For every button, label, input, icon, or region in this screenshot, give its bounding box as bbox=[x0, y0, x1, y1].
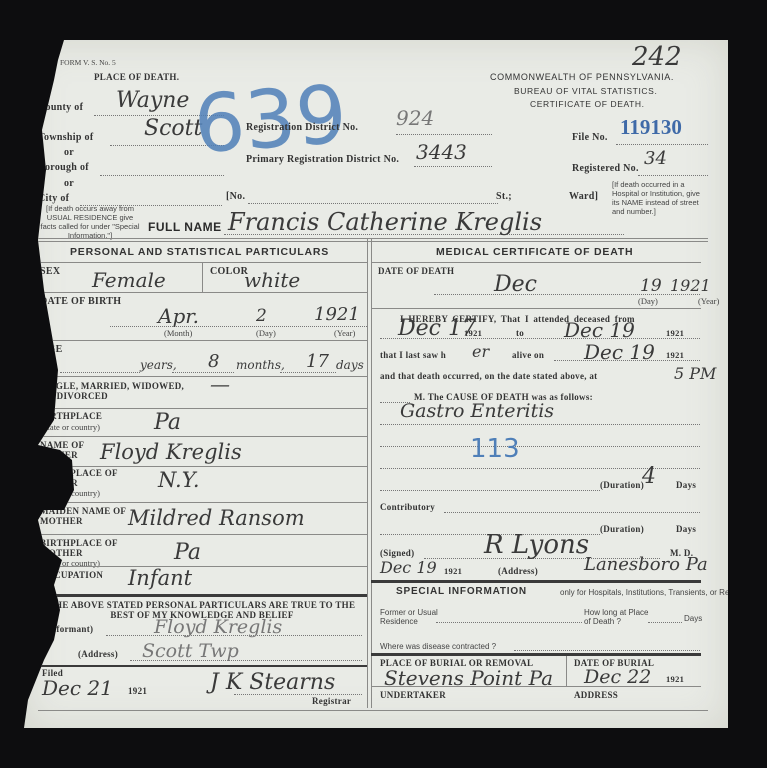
full-name-label: FULL NAME bbox=[148, 220, 222, 234]
burial-date-value: Dec 22 bbox=[584, 666, 651, 688]
burial-year: 1921 bbox=[666, 674, 684, 684]
where-contracted-label: Where was disease contracted ? bbox=[380, 642, 496, 651]
year-caption: (Year) bbox=[698, 296, 719, 306]
mother-birthplace-label: BIRTHPLACE OF MOTHER bbox=[40, 538, 130, 558]
occupation-label: OCCUPATION bbox=[40, 570, 103, 580]
contributory-label: Contributory bbox=[380, 502, 435, 512]
cause-code: 113 bbox=[470, 434, 520, 464]
primary-registration-value: 3443 bbox=[416, 140, 467, 164]
dod-year: 1921 bbox=[670, 276, 711, 295]
bureau-heading: BUREAU OF VITAL STATISTICS. bbox=[514, 86, 657, 96]
last-saw-date: Dec 19 bbox=[584, 340, 655, 364]
state-country-caption: (State or country) bbox=[40, 488, 100, 498]
form-number: FORM V. S. No. 5 bbox=[60, 58, 116, 67]
attended-to-year: 1921 bbox=[666, 328, 684, 338]
year-caption: (Year) bbox=[334, 328, 355, 338]
date-of-birth-label: DATE OF BIRTH bbox=[40, 296, 121, 307]
certificate-heading: CERTIFICATE OF DEATH. bbox=[530, 99, 645, 109]
attended-from-year: 1921 bbox=[464, 328, 482, 338]
father-name-value: Floyd Kreglis bbox=[100, 440, 242, 464]
former-residence-label: Former or Usual Residence bbox=[380, 608, 450, 626]
dob-day: 2 bbox=[256, 306, 267, 326]
filed-date: Dec 21 bbox=[42, 676, 113, 700]
registration-district-label: Registration District No. bbox=[246, 122, 358, 133]
file-number-stamp: 119130 bbox=[620, 115, 682, 140]
to-word: to bbox=[516, 328, 524, 338]
marital-status-value: — bbox=[210, 372, 230, 396]
color-label: COLOR bbox=[210, 266, 248, 277]
medical-section-title: MEDICAL CERTIFICATE OF DEATH bbox=[436, 246, 633, 258]
special-days-label: Days bbox=[684, 614, 702, 623]
signed-label: (Signed) bbox=[380, 548, 414, 558]
father-birthplace-label: BIRTHPLACE OF FATHER bbox=[40, 468, 130, 488]
registered-no-label: Registered No. bbox=[572, 163, 639, 174]
street-label: St.; bbox=[496, 191, 512, 202]
full-name-value: Francis Catherine Kreglis bbox=[228, 208, 542, 236]
duration-label-2: (Duration) bbox=[600, 524, 644, 534]
filed-year: 1921 bbox=[128, 686, 147, 696]
years-word: years, bbox=[140, 358, 177, 372]
informant-address-label: (Address) bbox=[78, 649, 118, 659]
sex-value: Female bbox=[92, 268, 166, 292]
cause-of-death-value: Gastro Enteritis bbox=[400, 400, 554, 422]
age-days: 17 bbox=[306, 351, 329, 372]
corner-number: 242 bbox=[632, 42, 682, 72]
days-label: Days bbox=[676, 480, 696, 490]
death-occurred-text: and that death occurred, on the date sta… bbox=[380, 371, 597, 381]
informant-label: (Informant) bbox=[44, 624, 93, 634]
how-long-label: How long at Place of Death ? bbox=[584, 608, 654, 626]
or-label: or bbox=[64, 147, 74, 158]
county-value: Wayne bbox=[116, 88, 189, 113]
signed-date: Dec 19 bbox=[380, 558, 437, 577]
registrar-label: Registrar bbox=[312, 696, 351, 706]
physician-address-value: Lanesboro Pa bbox=[584, 554, 708, 575]
stamp-number: 639 bbox=[191, 75, 349, 165]
father-birthplace-value: N.Y. bbox=[158, 468, 200, 492]
days-word: days bbox=[336, 358, 364, 372]
hospital-note: [If death occurred in a Hospital or Inst… bbox=[612, 180, 708, 216]
township-label: Township of bbox=[38, 132, 93, 143]
or-label: or bbox=[64, 178, 74, 189]
physician-signature: R Lyons bbox=[484, 530, 589, 560]
undertaker-address-label: ADDRESS bbox=[574, 690, 618, 700]
attended-to: Dec 19 bbox=[564, 318, 635, 342]
month-caption: (Month) bbox=[164, 328, 192, 338]
place-of-death-title: PLACE OF DEATH. bbox=[94, 72, 179, 82]
last-saw-year: 1921 bbox=[666, 350, 684, 360]
age-label: AGE bbox=[40, 344, 63, 355]
ward-label: Ward] bbox=[569, 191, 598, 202]
special-info-subtitle: only for Hospitals, Institutions, Transi… bbox=[560, 588, 767, 597]
months-word: months, bbox=[236, 358, 285, 372]
birthplace-value: Pa bbox=[154, 410, 181, 435]
mother-maiden-name-value: Mildred Ransom bbox=[128, 506, 305, 530]
physician-address-label: (Address) bbox=[498, 566, 538, 576]
duration-label: (Duration) bbox=[600, 480, 644, 490]
day-caption: (Day) bbox=[256, 328, 276, 338]
date-of-death-label: DATE OF DEATH bbox=[378, 266, 454, 276]
death-time: 5 PM bbox=[674, 364, 716, 383]
death-certificate: FORM V. S. No. 5 PLACE OF DEATH. COMMONW… bbox=[24, 40, 728, 728]
sex-label: SEX bbox=[40, 266, 60, 277]
birthplace-label: BIRTHPLACE bbox=[40, 411, 102, 421]
residence-note: [If death occurs away from USUAL RESIDEN… bbox=[40, 204, 140, 240]
day-caption: (Day) bbox=[638, 296, 658, 306]
file-no-label: File No. bbox=[572, 132, 608, 143]
alive-on-text: alive on bbox=[512, 350, 544, 360]
registered-no-value: 34 bbox=[644, 148, 667, 169]
signed-year: 1921 bbox=[444, 566, 462, 576]
dob-month: Apr. bbox=[158, 304, 199, 328]
borough-label: Borough of bbox=[38, 162, 89, 173]
primary-registration-label: Primary Registration District No. bbox=[246, 154, 399, 165]
occupation-value: Infant bbox=[128, 566, 192, 590]
dod-day: 19 bbox=[640, 276, 662, 296]
last-saw-text: that I last saw h bbox=[380, 350, 446, 360]
dod-month: Dec bbox=[494, 272, 537, 297]
street-no-label: [No. bbox=[226, 191, 245, 202]
dob-year: 1921 bbox=[314, 304, 360, 325]
color-value: white bbox=[244, 268, 300, 292]
registrar-signature: J K Stearns bbox=[210, 670, 335, 695]
last-saw-pronoun: er bbox=[472, 342, 489, 361]
mother-maiden-name-label: MAIDEN NAME OF MOTHER bbox=[40, 506, 130, 526]
age-months: 8 bbox=[208, 351, 219, 372]
marital-status-label: SINGLE, MARRIED, WIDOWED, OR DIVORCED bbox=[40, 381, 200, 401]
informant-address-value: Scott Twp bbox=[142, 640, 239, 662]
days-label-2: Days bbox=[676, 524, 696, 534]
special-info-title: SPECIAL INFORMATION bbox=[396, 586, 527, 597]
state-country-caption: (State or country) bbox=[40, 422, 100, 432]
duration-value: 4 bbox=[642, 464, 656, 489]
city-label: City of bbox=[38, 193, 69, 204]
commonwealth-heading: COMMONWEALTH OF PENNSYLVANIA. bbox=[490, 72, 674, 82]
county-label: County of bbox=[38, 102, 83, 113]
mother-birthplace-value: Pa bbox=[174, 540, 201, 565]
informant-value: Floyd Kreglis bbox=[154, 616, 282, 638]
undertaker-label: UNDERTAKER bbox=[380, 690, 446, 700]
registration-district-value: 924 bbox=[396, 106, 434, 130]
personal-section-title: PERSONAL AND STATISTICAL PARTICULARS bbox=[70, 246, 329, 258]
